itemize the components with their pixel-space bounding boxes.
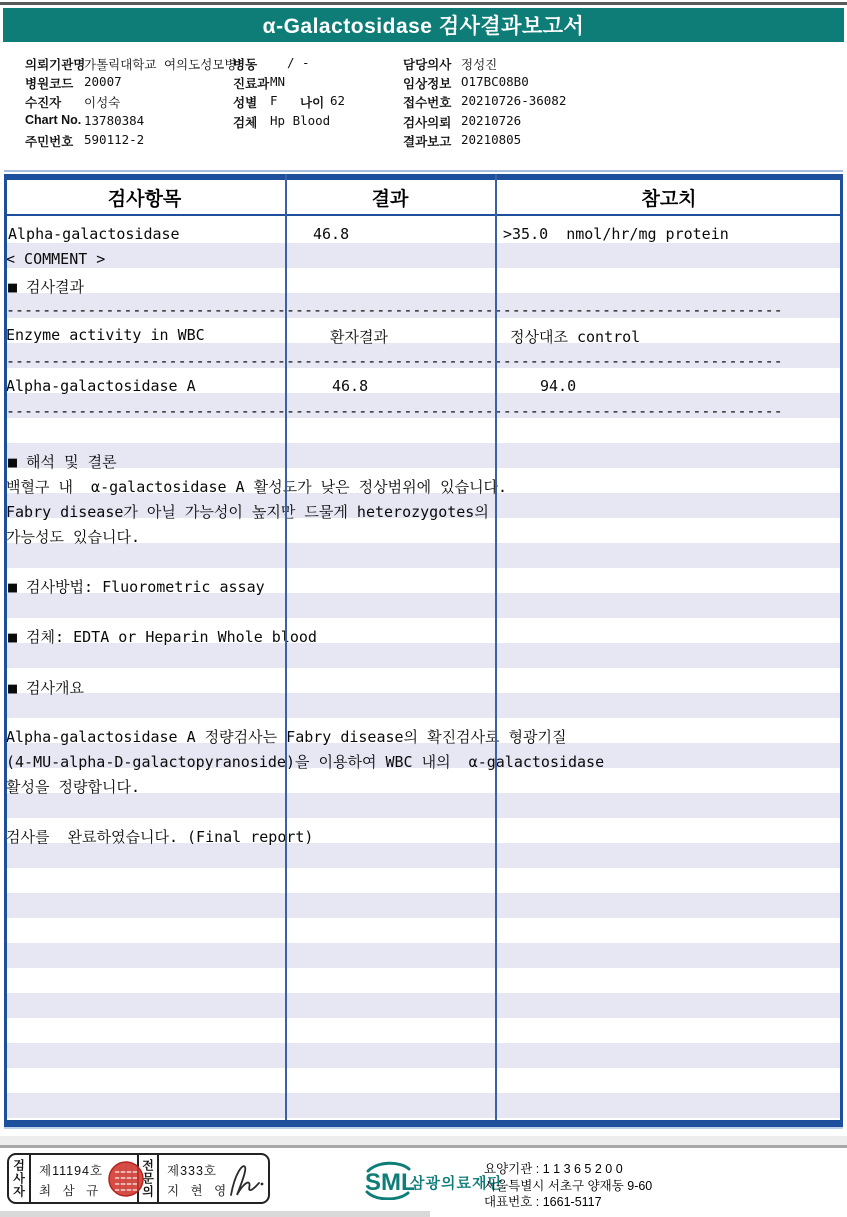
lab-org-number: 요양기관 : 1 1 3 6 5 2 0 0 [484, 1159, 623, 1177]
column-header-result: 결과 [285, 180, 495, 214]
examiner-label: 검사자 [9, 1155, 31, 1202]
field-value: 20210726-36082 [461, 93, 566, 108]
column-divider-2 [495, 174, 497, 1120]
field-label: 주민번호 [25, 132, 73, 150]
dashed-rule: ----------------------------------------… [4, 402, 843, 422]
final-report-line: 검사를 완료하였습니다. (Final report) [4, 826, 843, 846]
field-value: 62 [330, 93, 345, 108]
specialist-name: 지 현 영 [167, 1181, 230, 1199]
report-title-bar: α-Galactosidase 검사결과보고서 [3, 8, 844, 42]
section-interpret-title: ■ 해석 및 결론 [4, 451, 843, 471]
table-top-thin-rule [4, 170, 843, 172]
specialist-cell: 제333호 지 현 영 [159, 1155, 268, 1202]
field-label: 검체 [233, 113, 257, 131]
dashed-rule: ----------------------------------------… [4, 352, 843, 372]
column-header-reference: 참고치 [495, 180, 843, 214]
test-reference: >35.0 nmol/hr/mg protein [503, 225, 729, 243]
field-value: O17BC08B0 [461, 74, 529, 89]
field-label: 담당의사 [403, 55, 451, 73]
test-item: Alpha-galactosidase [8, 225, 180, 243]
sub-result: 46.8 [332, 377, 368, 395]
overview-line: (4-MU-alpha-D-galactopyranoside)을 이용하여 W… [4, 751, 843, 771]
comment-tag-line: < COMMENT > [4, 250, 843, 270]
sub-result-header: 환자결과 [330, 326, 388, 346]
signature-icon [227, 1159, 267, 1201]
patient-info-right: 담당의사 정성진 임상정보 O17BC08B0 접수번호 20210726-36… [0, 0, 14, 168]
examiner-cell: 제11194호 최 삼 규 [31, 1155, 137, 1202]
specialist-license-no: 제333호 [167, 1161, 217, 1179]
field-value: 20007 [84, 74, 122, 89]
field-value: 20210805 [461, 132, 521, 147]
sub-table-header: Enzyme activity in WBC 환자결과 정상대조 control [4, 326, 843, 346]
bottom-edge-strip [0, 1211, 430, 1217]
field-label: 성별 [233, 93, 257, 111]
sml-logo-text: SML [365, 1169, 414, 1196]
field-value: MN [270, 74, 285, 89]
interpret-line: 백혈구 내 α-galactosidase A 활성도가 낮은 정상범위에 있습… [4, 476, 843, 496]
field-label: 임상정보 [403, 74, 451, 92]
field-value: 가톨릭대학교 여의도성모병 [84, 55, 236, 73]
footer-divider [0, 1136, 847, 1148]
lab-report-page: α-Galactosidase 검사결과보고서 의뢰기관명 가톨릭대학교 여의도… [0, 0, 847, 1217]
sub-item-header: Enzyme activity in WBC [6, 326, 205, 344]
field-value: 590112-2 [84, 132, 144, 147]
field-value: / - [287, 55, 310, 70]
dashed-rule: ----------------------------------------… [4, 301, 843, 321]
field-value: 13780384 [84, 113, 144, 128]
interpret-line: 가능성도 있습니다. [4, 526, 843, 546]
sub-table-row: Alpha-galactosidase A 46.8 94.0 [4, 377, 843, 397]
table-left-border [4, 174, 7, 1127]
result-row-main: Alpha-galactosidase 46.8 >35.0 nmol/hr/m… [4, 225, 843, 245]
field-label: 수진자 [25, 93, 61, 111]
table-bottom-thick-rule [4, 1120, 843, 1127]
field-label: 결과보고 [403, 132, 451, 150]
table-body: Alpha-galactosidase 46.8 >35.0 nmol/hr/m… [4, 218, 843, 1120]
red-seal-stamp-icon [107, 1159, 145, 1199]
field-label: Chart No. [25, 113, 81, 127]
sub-ref: 94.0 [540, 377, 576, 395]
column-header-item: 검사항목 [4, 180, 285, 214]
lab-phone: 대표번호 : 1661-5117 [484, 1192, 602, 1210]
examiner-stamp-box: 검사자 제11194호 최 삼 규 전문의 제333호 지 현 영 [7, 1153, 270, 1204]
overview-line: 활성을 정량합니다. [4, 776, 843, 796]
field-value: Hp Blood [270, 113, 330, 128]
field-label: 검사의뢰 [403, 113, 451, 131]
top-rule [0, 2, 847, 5]
sub-ref-header: 정상대조 control [510, 326, 640, 346]
page-title: α-Galactosidase 검사결과보고서 [263, 10, 585, 40]
overview-line: Alpha-galactosidase A 정량검사는 Fabry diseas… [4, 726, 843, 746]
field-label: 나이 [300, 93, 324, 111]
specimen-line: ■ 검체: EDTA or Heparin Whole blood [4, 626, 843, 646]
column-divider-1 [285, 174, 287, 1120]
examiner-license-no: 제11194호 [39, 1161, 103, 1179]
interpret-line: Fabry disease가 아닐 가능성이 높지만 드물게 heterozyg… [4, 501, 843, 521]
field-label: 병동 [233, 55, 257, 73]
sml-logo: SML [362, 1160, 414, 1200]
table-right-border [840, 174, 843, 1127]
field-label: 접수번호 [403, 93, 451, 111]
field-label: 병원코드 [25, 74, 73, 92]
field-value: 이성숙 [84, 93, 120, 111]
field-value: 정성진 [461, 55, 497, 73]
results-table: 검사항목 결과 참고치 Alpha-galactosidase 46.8 >35… [4, 170, 843, 1130]
section-overview-title: ■ 검사개요 [4, 677, 843, 697]
examiner-name: 최 삼 규 [39, 1181, 102, 1199]
table-bottom-thin-rule [4, 1127, 843, 1129]
section-result-title: ■ 검사결과 [4, 276, 843, 296]
method-line: ■ 검사방법: Fluorometric assay [4, 576, 843, 596]
field-label: 의뢰기관명 [25, 55, 85, 73]
test-result: 46.8 [313, 225, 349, 243]
field-value: 20210726 [461, 113, 521, 128]
field-label: 진료과 [233, 74, 269, 92]
field-value: F [270, 93, 278, 108]
sub-item: Alpha-galactosidase A [6, 377, 196, 395]
table-header-row: 검사항목 결과 참고치 [4, 180, 843, 216]
